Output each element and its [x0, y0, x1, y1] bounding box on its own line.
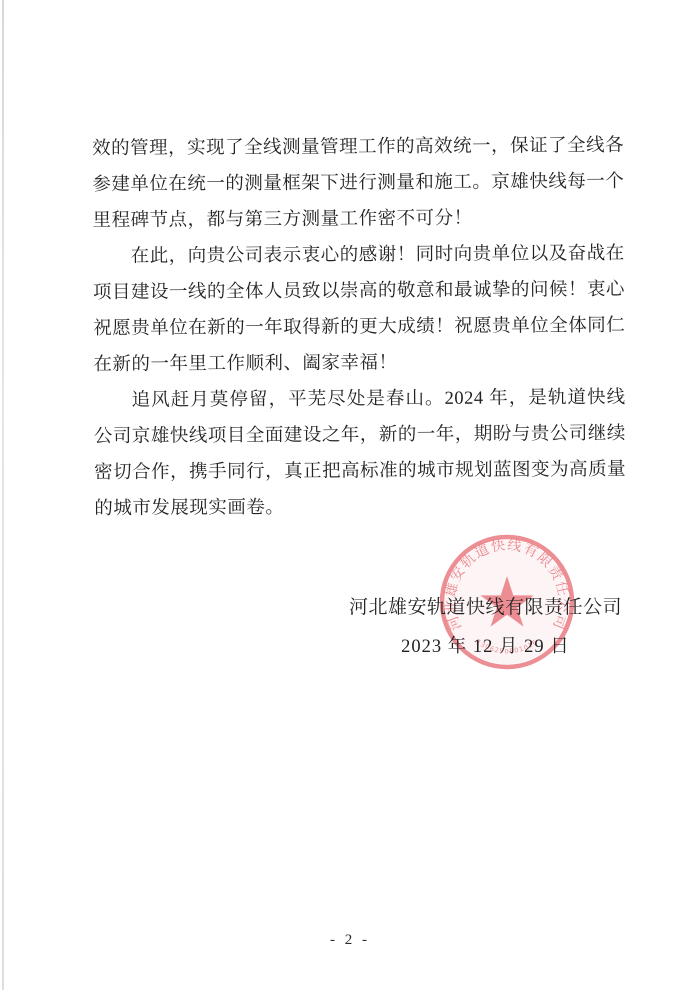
body-line: 在新的一年里工作顺利、阖家幸福！	[93, 344, 625, 383]
body-line: 祝愿贵单位在新的一年取得新的更大成绩！祝愿贵单位全体同仁	[93, 308, 625, 347]
body-line: 项目建设一线的全体人员致以崇高的敬意和最诚挚的问候！衷心	[93, 272, 625, 311]
body-line: 密切合作，携手同行，真正把高标准的城市规划蓝图变为高质量	[94, 452, 626, 491]
body-line: 追风赶月莫停留，平芜尽处是春山。2024 年，是轨道快线	[94, 380, 626, 419]
letter-body: 效的管理，实现了全线测量管理工作的高效统一，保证了全线各参建单位在统一的测量框架…	[92, 128, 626, 527]
body-line: 公司京雄快线项目全面建设之年，新的一年，期盼与贵公司继续	[94, 416, 626, 455]
company-name: 河北雄安轨道快线有限责任公司	[349, 589, 622, 627]
body-line: 参建单位在统一的测量框架下进行测量和施工。京雄快线每一个	[92, 164, 624, 203]
scanned-letter-page: 效的管理，实现了全线测量管理工作的高效统一，保证了全线各参建单位在统一的测量框架…	[0, 0, 700, 990]
body-line: 效的管理，实现了全线测量管理工作的高效统一，保证了全线各	[92, 128, 624, 167]
body-line: 在此，向贵公司表示衷心的感谢！同时向贵单位以及奋战在	[93, 236, 625, 275]
scan-edge-artifact	[2, 0, 4, 990]
signature-date: 2023 年 12 月 29 日	[349, 627, 622, 667]
body-line: 里程碑节点，都与第三方测量工作密不可分！	[92, 200, 624, 239]
signature-block: 河北雄安轨道快线有限责任公司 2023 年 12 月 29 日	[349, 589, 622, 667]
page-number: - 2 -	[0, 932, 700, 949]
